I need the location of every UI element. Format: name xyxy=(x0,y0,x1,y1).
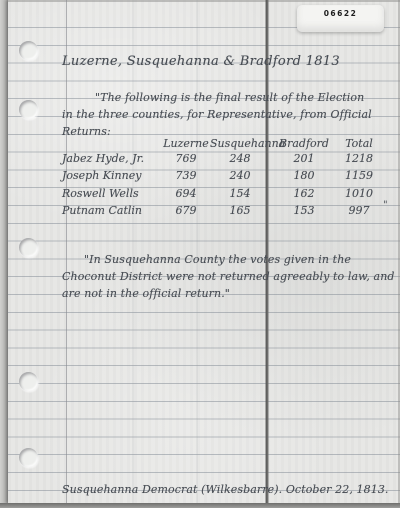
punch-hole xyxy=(19,372,38,391)
vote-total: 1218 xyxy=(330,152,388,165)
accession-number: 06622 xyxy=(297,9,384,18)
column-header-susquehanna: Susquehanna xyxy=(210,137,270,150)
table-row: Putnam Catlin 679 165 153 997 xyxy=(0,204,400,220)
vote-count: 153 xyxy=(275,204,333,217)
table-row: Joseph Kinney 739 240 180 1159 xyxy=(0,169,400,185)
vote-count: 769 xyxy=(158,152,214,165)
quote-line-2: Choconut District were not returned agre… xyxy=(62,270,395,283)
vote-count: 162 xyxy=(275,187,333,200)
vote-count: 154 xyxy=(210,187,270,200)
closing-quote-mark: " xyxy=(383,200,388,211)
quote-line-1: "In Susquehanna County the votes given i… xyxy=(84,253,351,266)
accession-label: 06622 xyxy=(297,5,384,32)
vote-count: 240 xyxy=(210,169,270,182)
table-row: Jabez Hyde, Jr. 769 248 201 1218 xyxy=(0,152,400,168)
candidate-name: Putnam Catlin xyxy=(62,204,142,217)
punch-hole xyxy=(19,448,38,467)
vote-count: 248 xyxy=(210,152,270,165)
scanned-note-page: 06622 Luzerne, Susquehanna & Bradford 18… xyxy=(0,0,400,508)
column-header-luzerne: Luzerne xyxy=(158,137,214,150)
punch-hole xyxy=(19,41,38,60)
vote-total: 1010 xyxy=(330,187,388,200)
fold-crease-faint xyxy=(132,0,134,503)
note-title: Luzerne, Susquehanna & Bradford 1813 xyxy=(62,54,340,69)
paper-bottom-edge xyxy=(0,503,400,508)
fold-crease-faint xyxy=(196,0,198,503)
vote-total: 1159 xyxy=(330,169,388,182)
citation: Susquehanna Democrat (Wilkesbarre). Octo… xyxy=(62,483,389,496)
column-header-total: Total xyxy=(330,137,388,150)
punch-hole xyxy=(19,100,38,119)
vote-count: 679 xyxy=(158,204,214,217)
quote-line-3: are not in the official return." xyxy=(62,287,230,300)
column-header-bradford: Bradford xyxy=(275,137,333,150)
notebook-paper xyxy=(8,0,400,503)
table-row: Roswell Wells 694 154 162 1010 xyxy=(0,187,400,203)
vote-count: 739 xyxy=(158,169,214,182)
margin-line xyxy=(66,0,67,503)
candidate-name: Joseph Kinney xyxy=(62,169,141,182)
fold-crease-dark xyxy=(265,0,269,503)
candidate-name: Roswell Wells xyxy=(62,187,139,200)
vote-count: 694 xyxy=(158,187,214,200)
intro-line-1: "The following is the final result of th… xyxy=(95,91,364,104)
vote-count: 201 xyxy=(275,152,333,165)
punch-hole xyxy=(19,238,38,257)
intro-line-2: in the three counties, for Representativ… xyxy=(62,108,372,121)
candidate-name: Jabez Hyde, Jr. xyxy=(62,152,144,165)
vote-total: 997 xyxy=(330,204,388,217)
vote-count: 165 xyxy=(210,204,270,217)
vote-count: 180 xyxy=(275,169,333,182)
